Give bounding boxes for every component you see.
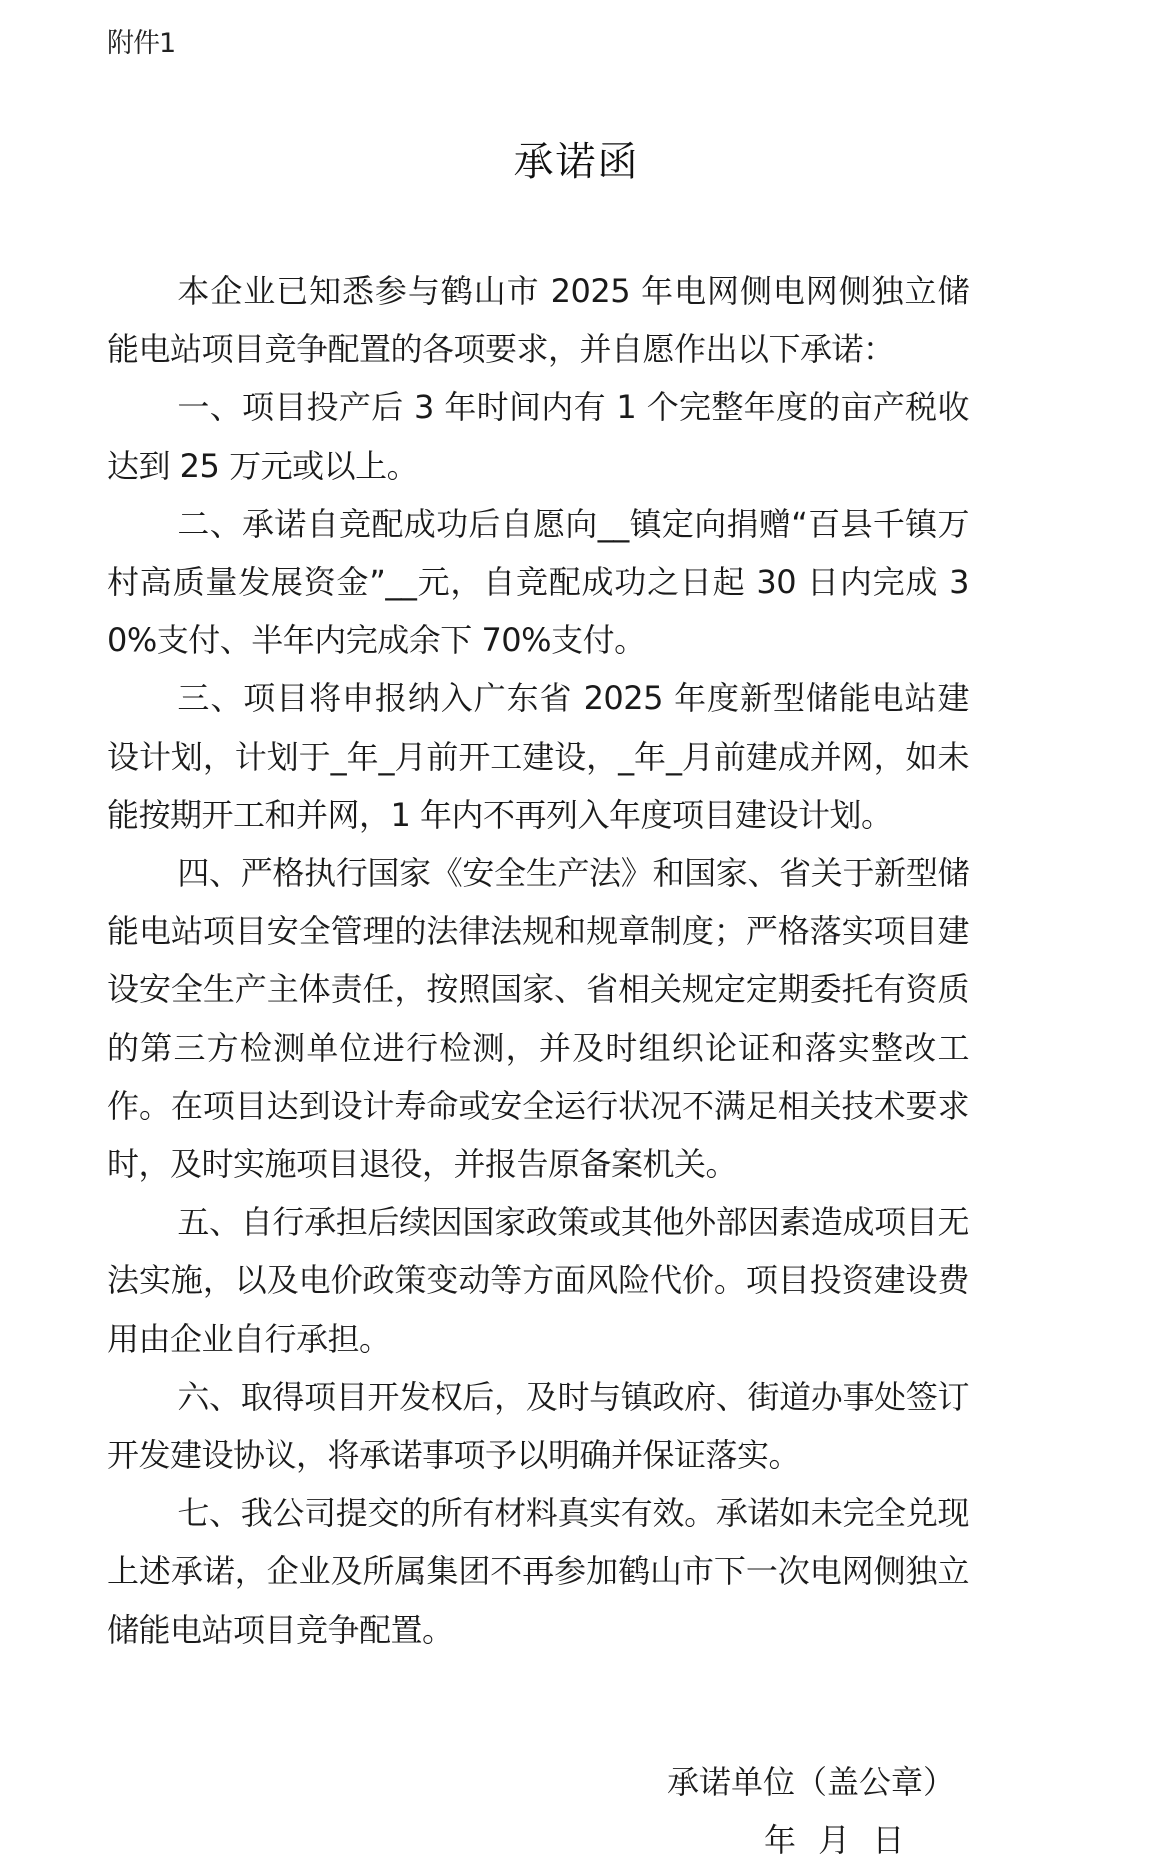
commitment-item-5: 五、自行承担后续因国家政策或其他外部因素造成项目无法实施，以及电价政策变动等方面… (107, 1193, 969, 1368)
commitment-item-2: 二、承诺自竞配成功后自愿向__镇定向捐赠“百县千镇万村高质量发展资金”__元，自… (107, 495, 969, 670)
document-page: 附件1 承诺函 本企业已知悉参与鹤山市 2025 年电网侧电网侧独立储能电站项目… (0, 0, 1153, 1870)
document-body: 本企业已知悉参与鹤山市 2025 年电网侧电网侧独立储能电站项目竞争配置的各项要… (107, 262, 969, 1659)
signature-date-label: 年 月 日 (764, 1818, 904, 1862)
attachment-label: 附件1 (107, 26, 175, 62)
commitment-item-1: 一、项目投产后 3 年时间内有 1 个完整年度的亩产税收达到 25 万元或以上。 (107, 378, 969, 494)
commitment-item-6: 六、取得项目开发权后，及时与镇政府、街道办事处签订开发建设协议，将承诺事项予以明… (107, 1368, 969, 1484)
commitment-item-3: 三、项目将申报纳入广东省 2025 年度新型储能电站建设计划，计划于_年_月前开… (107, 669, 969, 844)
intro-paragraph: 本企业已知悉参与鹤山市 2025 年电网侧电网侧独立储能电站项目竞争配置的各项要… (107, 262, 969, 378)
commitment-item-4: 四、严格执行国家《安全生产法》和国家、省关于新型储能电站项目安全管理的法律法规和… (107, 844, 969, 1193)
commitment-item-7: 七、我公司提交的所有材料真实有效。承诺如未完全兑现上述承诺，企业及所属集团不再参… (107, 1484, 969, 1659)
document-title: 承诺函 (0, 136, 1153, 188)
signature-unit-label: 承诺单位（盖公章） (667, 1760, 955, 1804)
